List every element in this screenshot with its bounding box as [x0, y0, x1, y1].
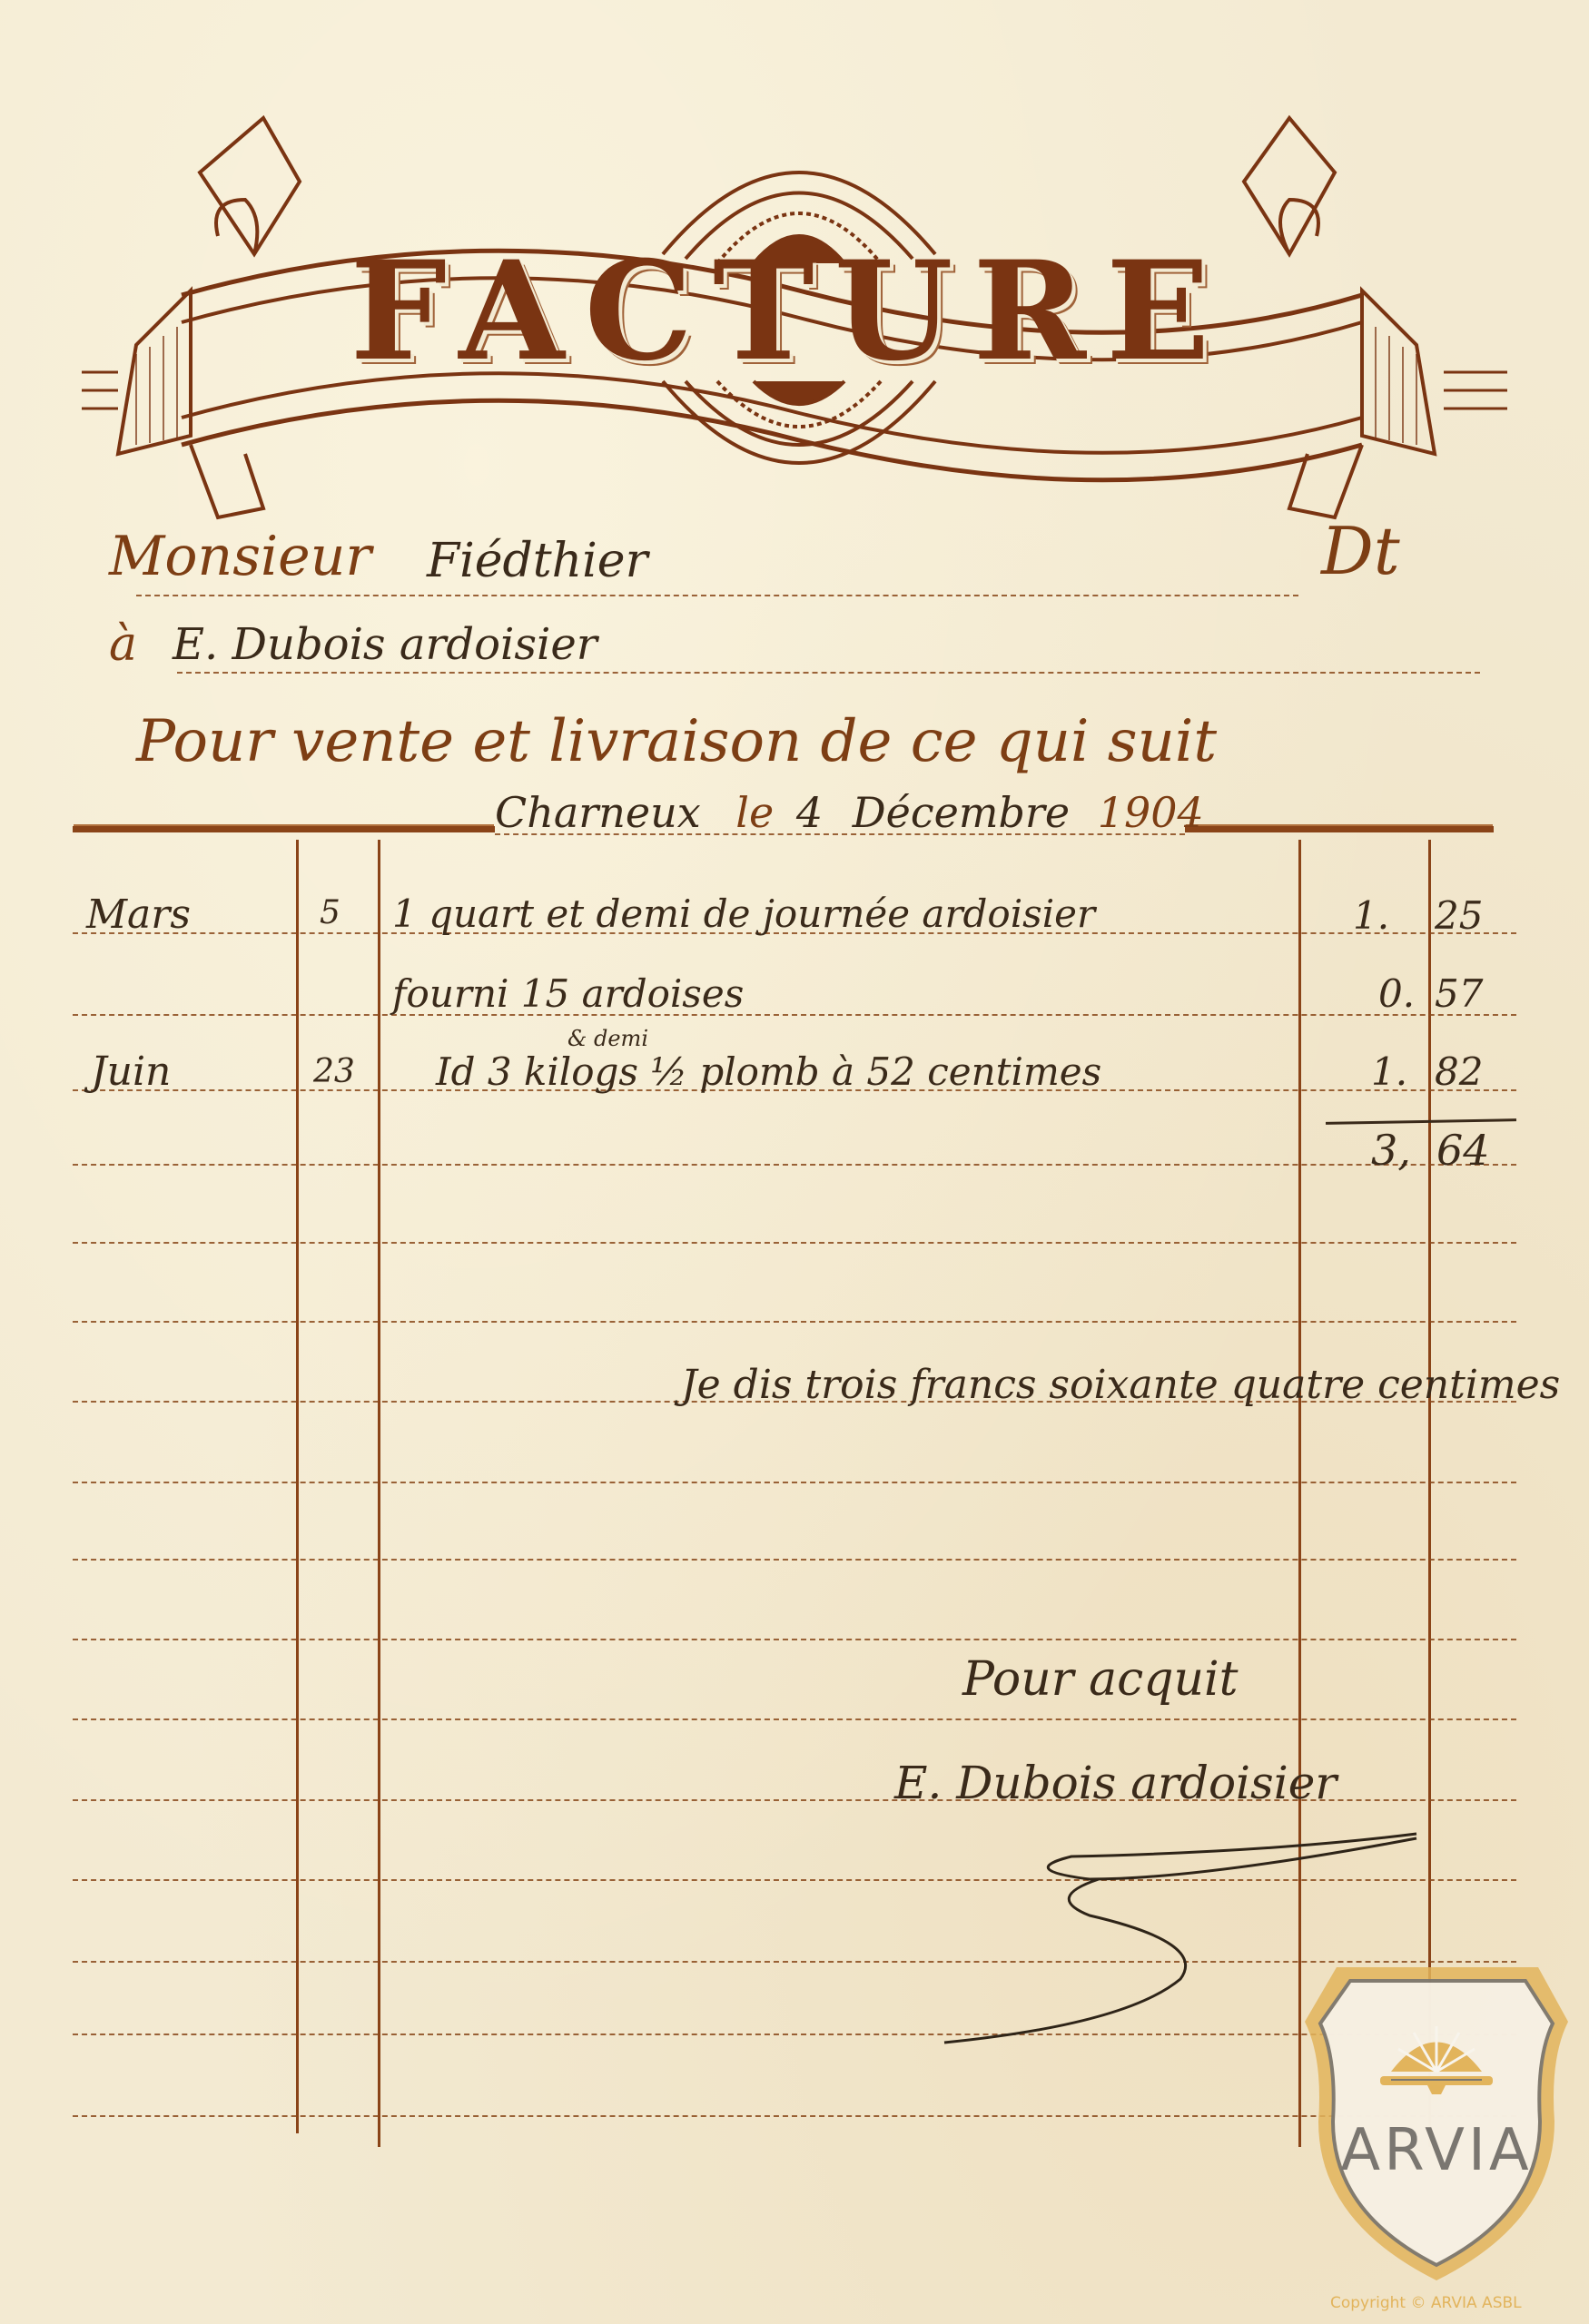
row-description: 1 quart et demi de journée ardoisier: [392, 891, 1095, 936]
customer-name: Fiédthier: [427, 534, 647, 588]
ruled-line: [73, 1639, 1516, 1640]
header-rule-right: [1185, 826, 1494, 832]
ruled-line: [73, 1482, 1516, 1483]
row-francs: 1.: [1371, 1049, 1407, 1094]
arvia-logo-text: ARVIA: [1300, 2117, 1573, 2184]
date-underline: [495, 833, 1185, 835]
row-description: fourni 15 ardoises: [392, 971, 744, 1016]
row-description: Id 3 kilogs ½ plomb à 52 centimes: [436, 1049, 1101, 1094]
to-prefix: à: [109, 617, 137, 672]
amount-in-words: Je dis trois francs soixante quatre cent…: [681, 1362, 1560, 1408]
vendor-name: E. Dubois ardoisier: [173, 619, 597, 670]
sum-rule: [1326, 1118, 1516, 1125]
signature: E. Dubois ardoisier: [894, 1757, 1337, 1809]
facture-title: FACTURE: [254, 231, 1326, 391]
header-rule-left: [73, 826, 495, 832]
facture-banner: FACTURE: [82, 109, 1516, 536]
row-month: Mars: [86, 891, 191, 938]
row-day: 23: [313, 1053, 355, 1090]
le-word: le: [735, 788, 774, 837]
column-divider-description: [378, 840, 380, 2147]
ruled-line: [73, 1559, 1516, 1561]
total-francs: 3,: [1371, 1126, 1411, 1175]
monsieur-label: Monsieur: [109, 525, 371, 588]
row-centimes: 82: [1435, 1049, 1483, 1094]
ruled-line: [73, 1164, 1516, 1166]
place: Charneux: [495, 788, 701, 837]
ruled-line: [73, 1014, 1516, 1016]
date-line: Charneux le 4 Décembre 1904: [495, 788, 1204, 837]
ruled-line: [73, 1321, 1516, 1323]
column-divider-day: [296, 840, 299, 2133]
year: 1904: [1098, 788, 1204, 837]
row-centimes: 57: [1435, 971, 1483, 1016]
row-superscript: & demi: [567, 1026, 648, 1051]
subtitle: Pour vente et livraison de ce qui suit: [136, 708, 1217, 775]
vendor-line: [177, 672, 1480, 674]
month: Décembre: [853, 788, 1070, 837]
receipt-label: Pour acquit: [962, 1652, 1239, 1707]
ruled-line: [73, 1242, 1516, 1244]
row-day: 5: [320, 894, 340, 931]
day: 4: [796, 788, 823, 837]
copyright-notice: Copyright © ARVIA ASBL: [1330, 2294, 1522, 2312]
row-francs: 0.: [1378, 971, 1415, 1016]
arvia-watermark: ARVIA: [1300, 1967, 1573, 2285]
row-francs: 1.: [1353, 893, 1389, 938]
debtor-mark: Dt: [1321, 513, 1400, 589]
ruled-line: [73, 1718, 1516, 1720]
row-centimes: 25: [1435, 893, 1483, 938]
row-month: Juin: [91, 1049, 171, 1095]
total-centimes: 64: [1436, 1126, 1490, 1175]
customer-line: [136, 595, 1298, 596]
